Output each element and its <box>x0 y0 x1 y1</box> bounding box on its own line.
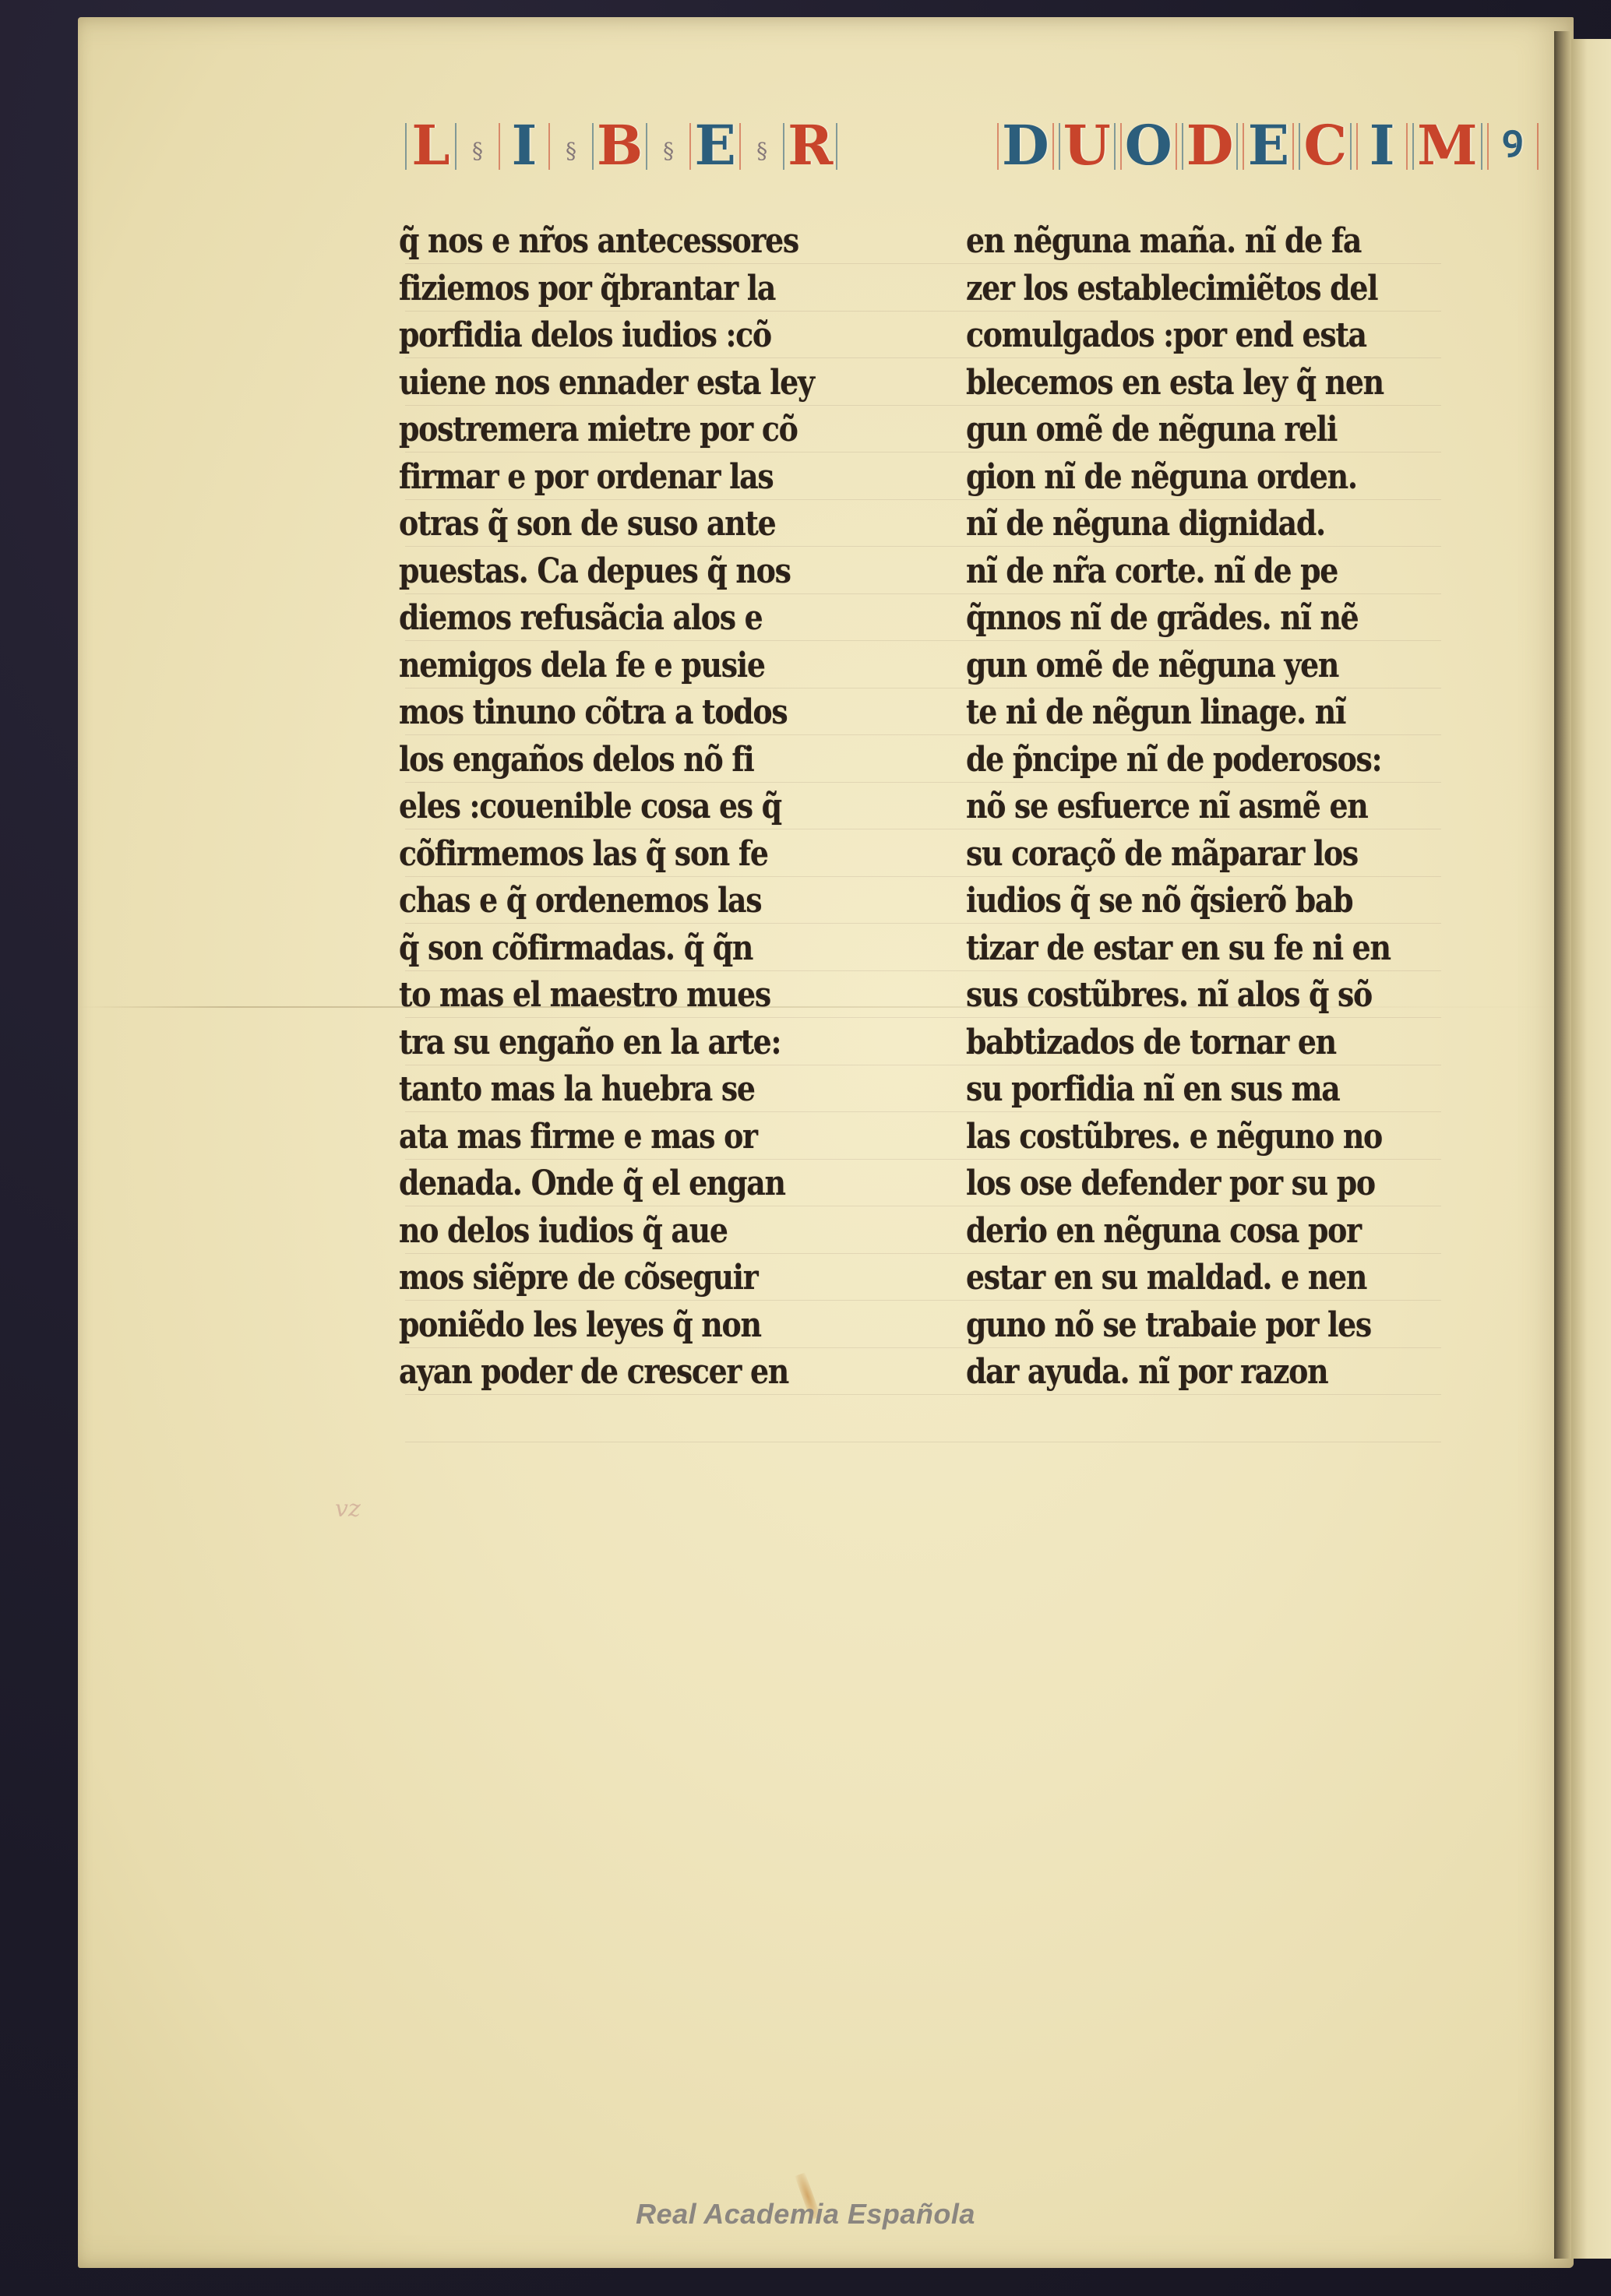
illuminated-capital: O <box>1120 117 1177 174</box>
text-line: los engaños delos nõ fi <box>399 737 827 784</box>
text-line: nõ se esfuerce nĩ asmẽ en <box>966 784 1394 831</box>
text-line: su porfidia nĩ en sus ma <box>966 1066 1394 1114</box>
text-line: chas e q̃ ordenemos las <box>399 878 827 925</box>
facing-page-edge <box>1571 39 1611 2259</box>
text-line: otras q̃ son de suso ante <box>399 501 827 548</box>
illuminated-capital: B <box>592 117 647 174</box>
text-line: eles :couenible cosa es q̃ <box>399 784 827 831</box>
illuminated-capital: ꝰ <box>1487 117 1539 174</box>
text-line: babtizados de tornar en <box>966 1019 1394 1067</box>
text-line: derio en nẽguna cosa por <box>966 1208 1394 1255</box>
text-line: estar en su maldad. e nen <box>966 1255 1394 1302</box>
bleed-through-mark: vz <box>335 1495 421 1519</box>
illuminated-capital: L <box>405 117 457 174</box>
text-line: gun omẽ de nẽguna reli <box>966 407 1394 454</box>
pen-flourish-icon: § <box>752 128 772 174</box>
text-line: gion nĩ de nẽguna orden. <box>966 454 1394 502</box>
text-line: nĩ de nr̃a corte. nĩ de pe <box>966 548 1394 596</box>
text-line: dar ayuda. nĩ por razon <box>966 1349 1394 1396</box>
text-line: firmar e por ordenar las <box>399 454 827 502</box>
text-line: to mas el maestro mues <box>399 972 827 1019</box>
illuminated-capital: E <box>689 117 741 174</box>
text-line: sus costũbres. nĩ alos q̃ sõ <box>966 972 1394 1019</box>
illuminated-capital: D <box>997 117 1054 174</box>
illuminated-capital: E <box>1243 117 1294 174</box>
pen-flourish-icon: § <box>561 128 581 174</box>
header-word-duodecimus: DUODECIMꝰ <box>997 117 1539 174</box>
illuminated-capital: R <box>783 117 837 174</box>
text-line: tanto mas la huebra se <box>399 1066 827 1114</box>
text-line: su coraçõ de mãparar los <box>966 831 1394 879</box>
text-line: tizar de estar en su fe ni en <box>966 925 1394 973</box>
text-line: uiene nos ennader esta ley <box>399 360 827 407</box>
text-line: cõfirmemos las q̃ son fe <box>399 831 827 879</box>
text-line: mos siẽpre de cõseguir <box>399 1255 827 1302</box>
book-gutter <box>1554 31 1571 2259</box>
text-line: denada. Onde q̃ el engan <box>399 1160 827 1208</box>
text-line: puestas. Ca depues q̃ nos <box>399 548 827 596</box>
text-line: nĩ de nẽguna dignidad. <box>966 501 1394 548</box>
illuminated-capital: I <box>499 117 550 174</box>
text-line: zer los establecimiẽtos del <box>966 266 1394 313</box>
text-column-left: q̃ nos e nr̃os antecessoresfiziemos por … <box>399 218 897 1396</box>
text-line: comulgados :por end esta <box>966 312 1394 360</box>
text-line: poniẽdo les leyes q̃ non <box>399 1302 827 1350</box>
text-line: de p̃ncipe nĩ de poderosos: <box>966 737 1394 784</box>
pen-flourish-icon: § <box>467 128 488 174</box>
text-line: q̃nnos nĩ de grãdes. nĩ nẽ <box>966 595 1394 643</box>
text-line: no delos iudios q̃ aue <box>399 1208 827 1255</box>
text-line: te ni de nẽgun linage. nĩ <box>966 689 1394 737</box>
text-line: q̃ nos e nr̃os antecessores <box>399 218 827 266</box>
illuminated-capital: M <box>1412 117 1482 174</box>
text-line: nemigos dela fe e pusie <box>399 643 827 690</box>
text-line: en nẽguna maña. nĩ de fa <box>966 218 1394 266</box>
running-header: L§I§B§E§R DUODECIMꝰ <box>405 117 1480 202</box>
text-line: ayan poder de crescer en <box>399 1349 827 1396</box>
illuminated-capital: C <box>1299 117 1352 174</box>
illuminated-capital: D <box>1182 117 1239 174</box>
text-line: tra su engaño en la arte: <box>399 1019 827 1067</box>
text-line: guno nõ se trabaie por les <box>966 1302 1394 1350</box>
text-line: mos tinuno cõtra a todos <box>399 689 827 737</box>
header-word-liber: L§I§B§E§R <box>405 117 837 174</box>
text-line: q̃ son cõfirmadas. q̃ q̃n <box>399 925 827 973</box>
text-line: fiziemos por q̃brantar la <box>399 266 827 313</box>
text-column-right: en nẽguna maña. nĩ de fazer los establec… <box>966 218 1465 1396</box>
illuminated-capital: U <box>1059 117 1116 174</box>
text-line: gun omẽ de nẽguna yen <box>966 643 1394 690</box>
text-line: porfidia delos iudios :cõ <box>399 312 827 360</box>
watermark: Real Academia Española <box>0 2198 1611 2231</box>
illuminated-capital: I <box>1356 117 1408 174</box>
text-line: ata mas firme e mas or <box>399 1114 827 1161</box>
pen-flourish-icon: § <box>658 128 679 174</box>
text-line: diemos refusãcia alos e <box>399 595 827 643</box>
text-line: las costũbres. e nẽguno no <box>966 1114 1394 1161</box>
text-line: iudios q̃ se nõ q̃sierõ bab <box>966 878 1394 925</box>
ruling-line <box>405 1442 1441 1442</box>
text-line: blecemos en esta ley q̃ nen <box>966 360 1394 407</box>
text-line: postremera mietre por cõ <box>399 407 827 454</box>
text-line: los ose defender por su po <box>966 1160 1394 1208</box>
